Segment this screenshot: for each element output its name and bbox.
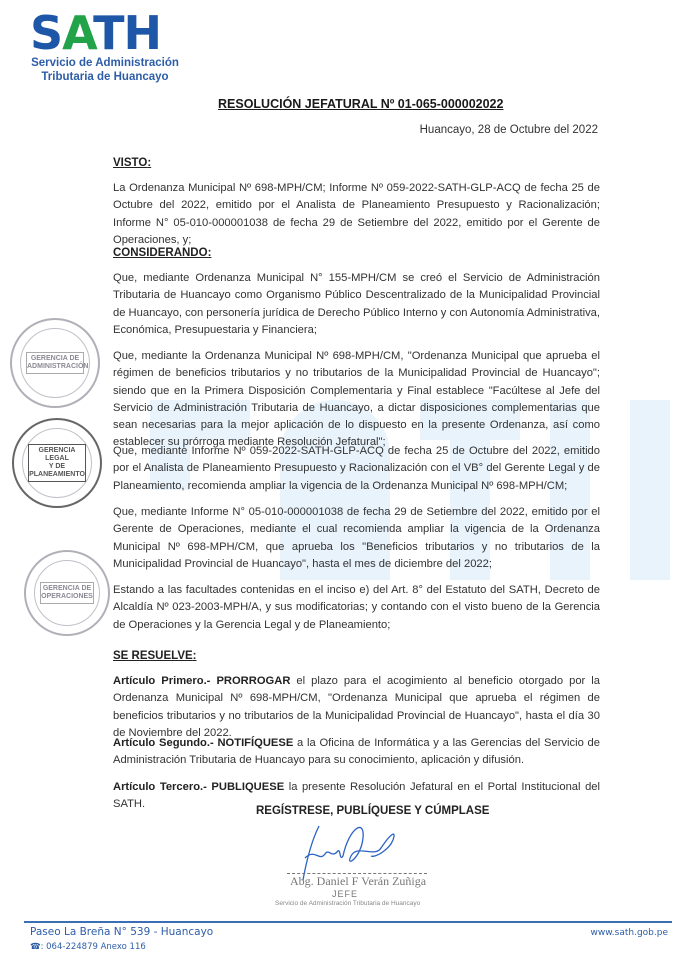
article-primero: Artículo Primero.- PRORROGAR el plazo pa… <box>113 673 600 742</box>
se-resuelve-heading: SE RESUELVE: <box>113 650 197 662</box>
considerando-paragraph: Que, mediante Informe N° 05-010-00000103… <box>113 504 600 573</box>
article-segundo: Artículo Segundo.- NOTIFÍQUESE a la Ofic… <box>113 735 600 770</box>
considerando-paragraph: Que, mediante Informe Nº 059-2022-SATH-G… <box>113 443 600 495</box>
logo-wordmark: SATH <box>30 10 180 56</box>
footer-website-link[interactable]: www.sath.gob.pe <box>591 928 668 938</box>
considerando-paragraph: Que, mediante la Ordenanza Municipal Nº … <box>113 348 600 452</box>
closing-formula: REGÍSTRESE, PUBLÍQUESE Y CÚMPLASE <box>256 805 489 817</box>
sath-logo: SATH Servicio de Administración Tributar… <box>30 10 180 84</box>
footer-divider <box>24 921 672 923</box>
document-title: RESOLUCIÓN JEFATURAL Nº 01-065-000002022 <box>218 97 503 111</box>
signatory-role: JEFE <box>332 889 358 899</box>
stamp-gerencia-administracion: GERENCIA DEADMINISTRACIÓN <box>10 318 100 408</box>
considerando-paragraph: Estando a las facultades contenidas en e… <box>113 582 600 634</box>
stamp-gerencia-operaciones: GERENCIA DEOPERACIONES <box>24 550 110 636</box>
considerando-paragraph: Que, mediante Ordenanza Municipal N° 155… <box>113 270 600 339</box>
footer-address: Paseo La Breña N° 539 - Huancayo <box>30 926 213 938</box>
visto-heading: VISTO: <box>113 157 151 169</box>
signatory-organization: Servicio de Administración Tributaria de… <box>275 900 420 907</box>
logo-subtitle-1: Servicio de Administración <box>30 57 180 70</box>
visto-text: La Ordenanza Municipal Nº 698-MPH/CM; In… <box>113 180 600 249</box>
footer-phone: ☎: 064-224879 Anexo 116 <box>30 942 146 952</box>
place-date: Huancayo, 28 de Octubre del 2022 <box>420 124 598 136</box>
signatory-name: Abg. Daniel F Verán Zuñiga <box>290 874 426 889</box>
logo-subtitle-2: Tributaria de Huancayo <box>30 71 180 84</box>
resolution-page: SATH Servicio de Administración Tributar… <box>0 0 680 965</box>
stamp-gerencia-legal: GERENCIA LEGALY DE PLANEAMIENTO <box>12 418 102 508</box>
considerando-heading: CONSIDERANDO: <box>113 247 211 259</box>
